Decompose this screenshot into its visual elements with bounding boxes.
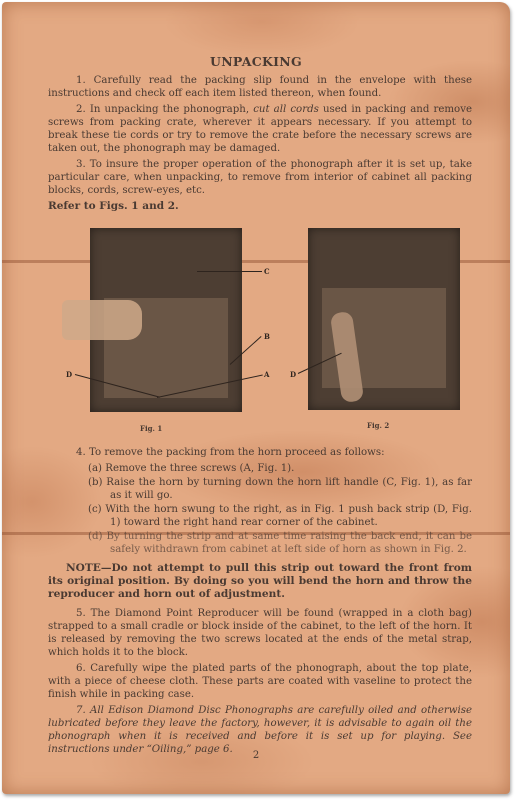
paragraph-7: 7. All Edison Diamond Disc Phonographs a… [48,704,472,756]
step-4-item-c: (c) With the horn swung to the right, as… [48,503,472,529]
figure-1-caption: Fig. 1 [140,424,162,433]
figure-label: D [66,370,72,379]
figure-label: D [290,370,296,379]
document-page: UNPACKING 1. Carefully read the packing … [2,2,510,794]
figure-2-caption: Fig. 2 [367,421,389,430]
note-and-steps: NOTE—Do not attempt to pull this strip o… [48,562,472,759]
step-4-intro: 4. To remove the packing from the horn p… [48,446,472,459]
note-warning: NOTE—Do not attempt to pull this strip o… [48,562,472,601]
step-4-item-a: (a) Remove the three screws (A, Fig. 1). [48,462,472,475]
page-number: 2 [2,750,510,761]
step-4-section: 4. To remove the packing from the horn p… [48,446,472,557]
figure-label: A [264,370,269,379]
figure-label: B [264,332,270,341]
figure-1-hand [62,300,142,340]
paragraph-1: 1. Carefully read the packing slip found… [48,74,472,100]
paragraph-5: 5. The Diamond Point Reproducer will be … [48,607,472,659]
paragraph-2: 2. In unpacking the phonograph, cut all … [48,103,472,155]
paragraph-3: 3. To insure the proper operation of the… [48,158,472,197]
page-title: UNPACKING [2,54,510,69]
step-4-item-b: (b) Raise the horn by turning down the h… [48,476,472,502]
refer-figures: Refer to Figs. 1 and 2. [48,200,472,213]
step-4-item-d: (d) By turning the strip and at same tim… [48,530,472,556]
paragraph-6: 6. Carefully wipe the plated parts of th… [48,662,472,701]
intro-section: 1. Carefully read the packing slip found… [48,74,472,216]
figure-label: C [264,267,270,276]
